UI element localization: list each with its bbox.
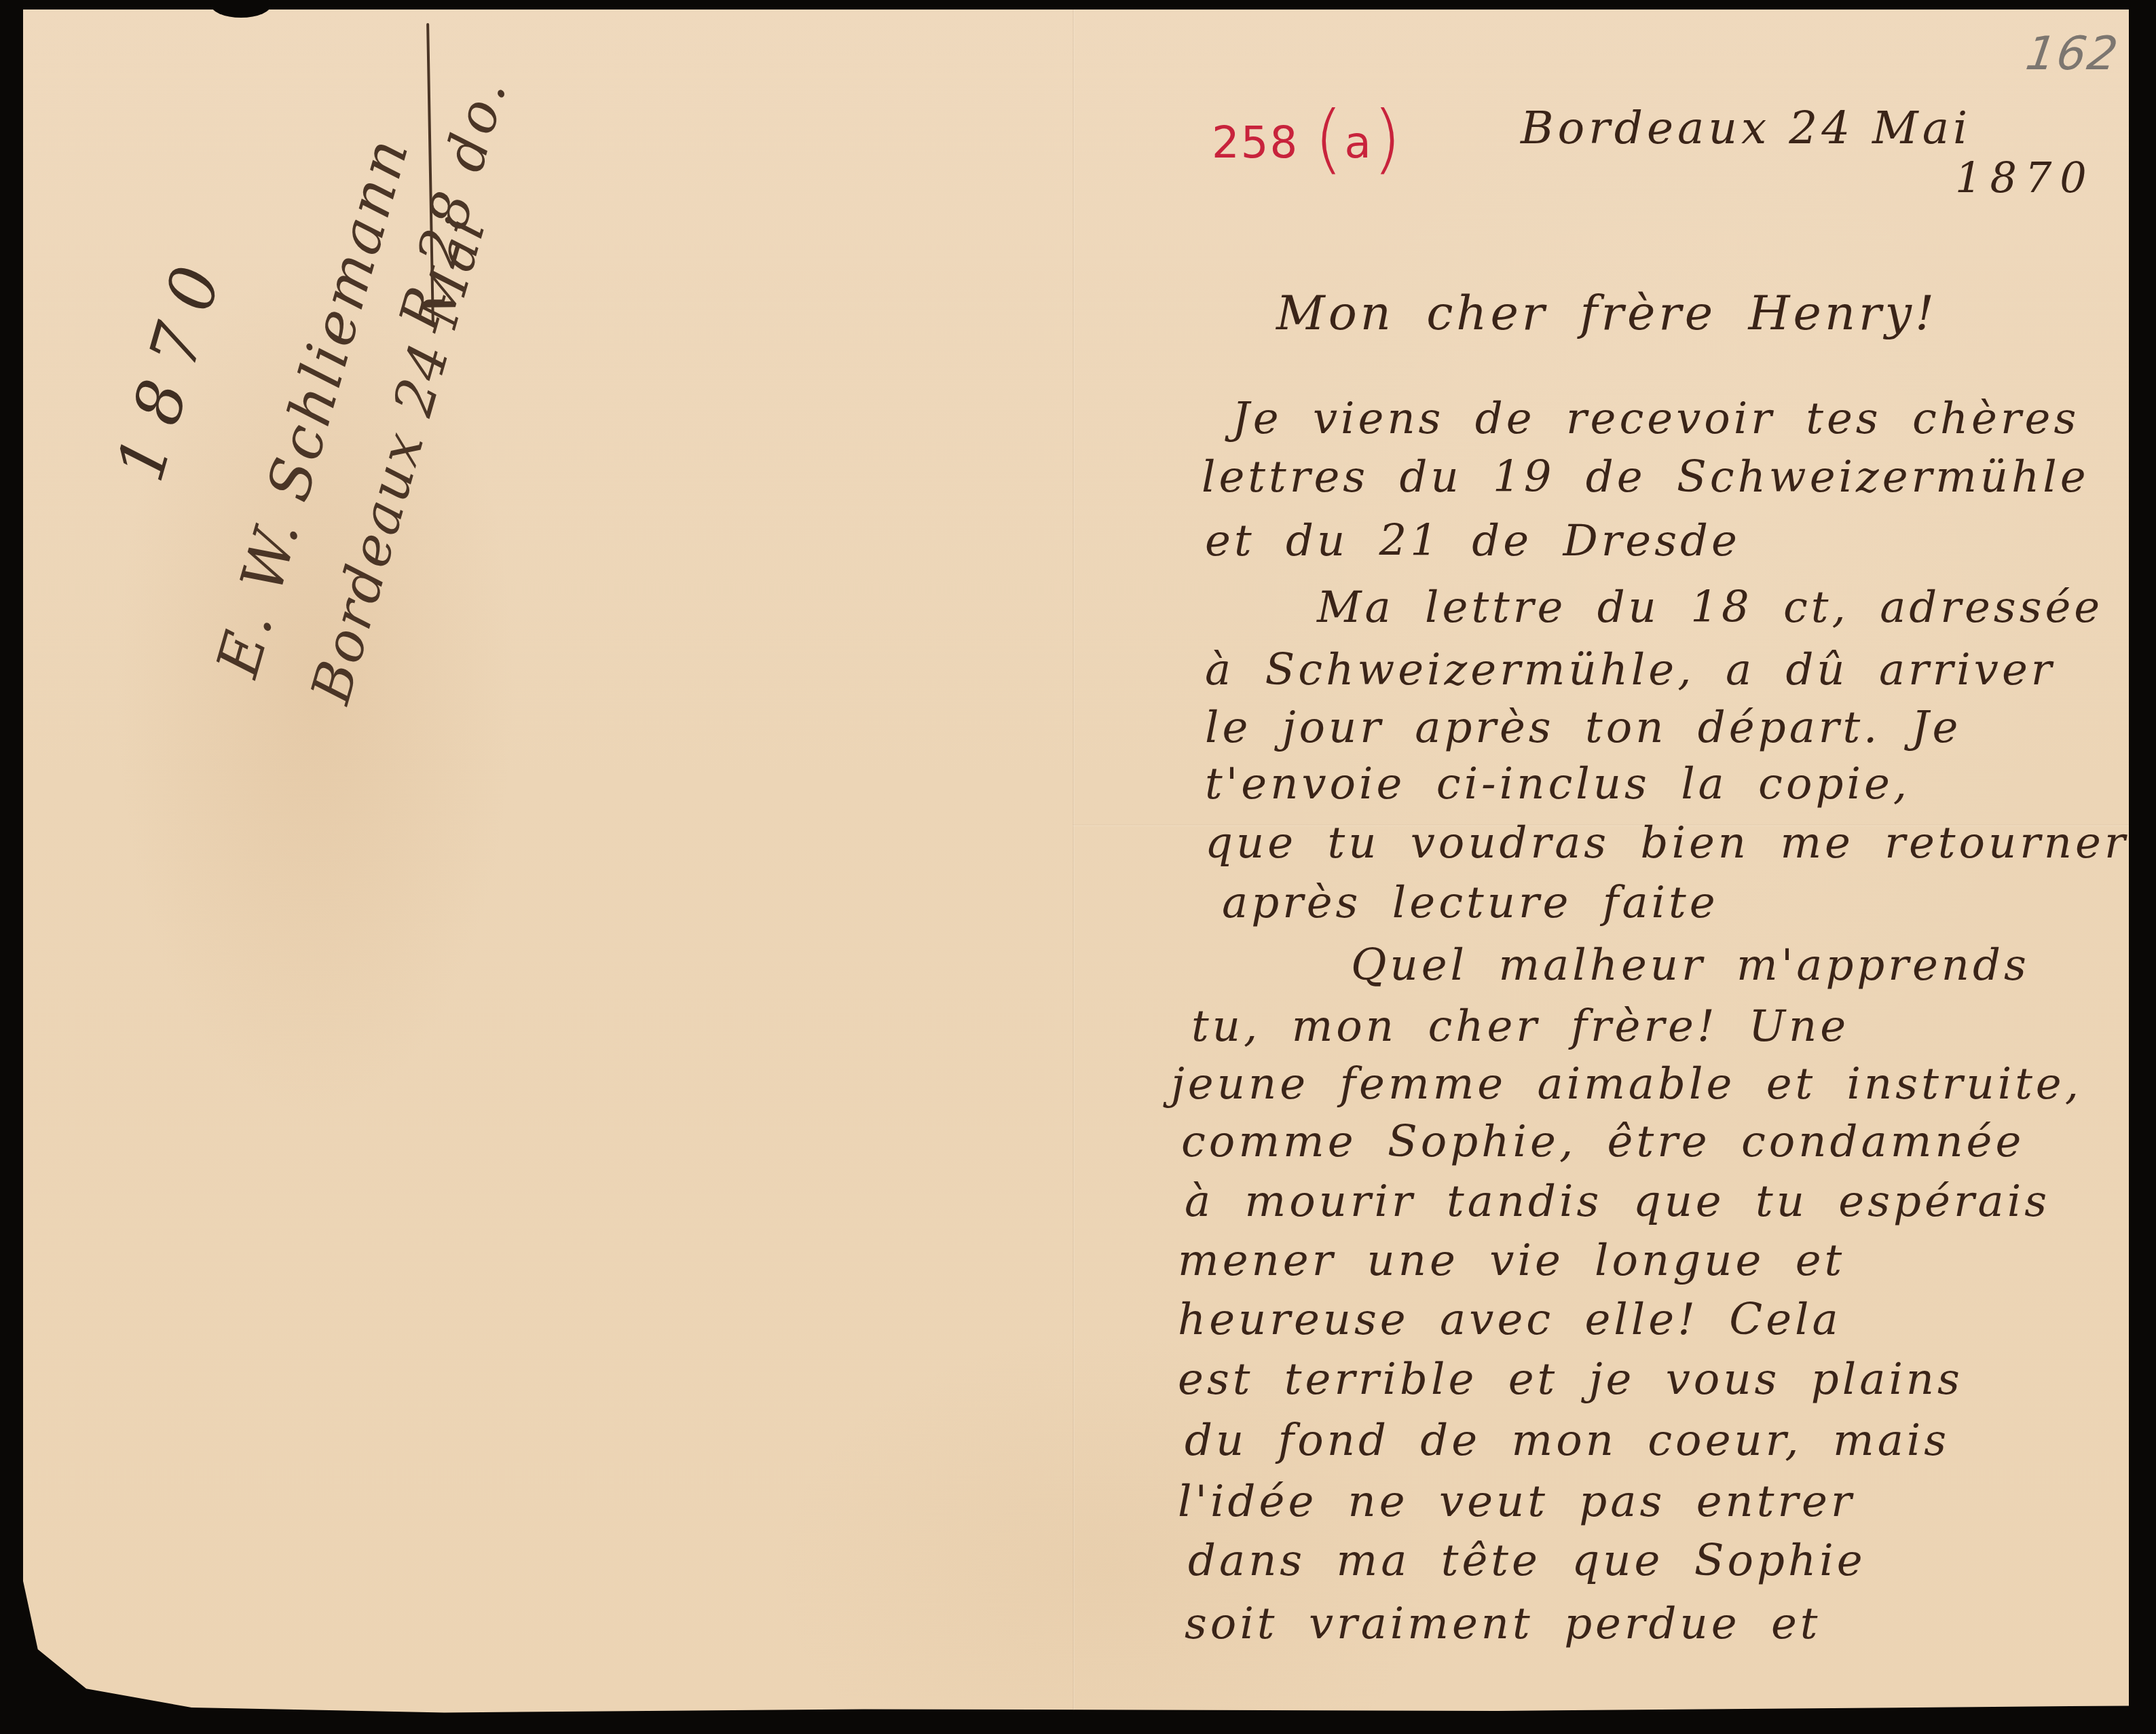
letter-line: le jour après ton départ. Je <box>1205 703 1961 753</box>
letter-line: comme Sophie, être condamnée <box>1181 1117 2024 1167</box>
letter-line: soit vraiment perdue et <box>1185 1599 1821 1649</box>
letter-place-date: Bordeaux 24 Mai <box>1521 102 1971 154</box>
letter-line: à Schweizermühle, a dû arriver <box>1205 645 2055 695</box>
letter-line: est terrible et je vous plains <box>1178 1354 1963 1405</box>
letter-line: du fond de mon coeur, mais <box>1185 1416 1950 1466</box>
letter-line: lettres du 19 de Schweizermühle <box>1202 452 2089 502</box>
letter-year: 1870 <box>1955 153 2095 202</box>
archive-number-suffix: a <box>1344 118 1372 168</box>
archive-collection-number: 258 (a) <box>1212 95 1403 182</box>
letter-line: Ma lettre du 18 ct, adressée <box>1317 583 2103 633</box>
letter-salutation: Mon cher frère Henry! <box>1276 285 1937 341</box>
letter-line: et du 21 de Dresde <box>1205 516 1741 566</box>
letter-line: l'idée ne veut pas entrer <box>1178 1477 1855 1527</box>
close-paren: ) <box>1373 95 1403 182</box>
letter-line: à mourir tandis que tu espérais <box>1185 1177 2050 1227</box>
archive-number-value: 258 <box>1212 118 1299 168</box>
letter-line: mener une vie longue et <box>1178 1236 1845 1286</box>
folio-number: 162 <box>2022 27 2122 81</box>
letter-line: après lecture faite <box>1222 878 1719 928</box>
letter-line: Quel malheur m'apprends <box>1351 940 2030 991</box>
letter-line: tu, mon cher frère! Une <box>1191 1001 1849 1052</box>
letter-line: Je viens de recevoir tes chères <box>1232 394 2079 444</box>
open-paren: ( <box>1314 95 1345 182</box>
letter-line: que tu voudras bien me retourner <box>1205 818 2129 868</box>
vertical-fold-crease <box>1073 10 1075 1718</box>
letter-line: t'envoie ci-inclus la copie, <box>1205 759 1910 809</box>
letter-line: heureuse avec elle! Cela <box>1178 1295 1842 1345</box>
letter-line: jeune femme aimable et instruite, <box>1171 1059 2082 1109</box>
letter-line: dans ma tête que Sophie <box>1188 1536 1866 1586</box>
